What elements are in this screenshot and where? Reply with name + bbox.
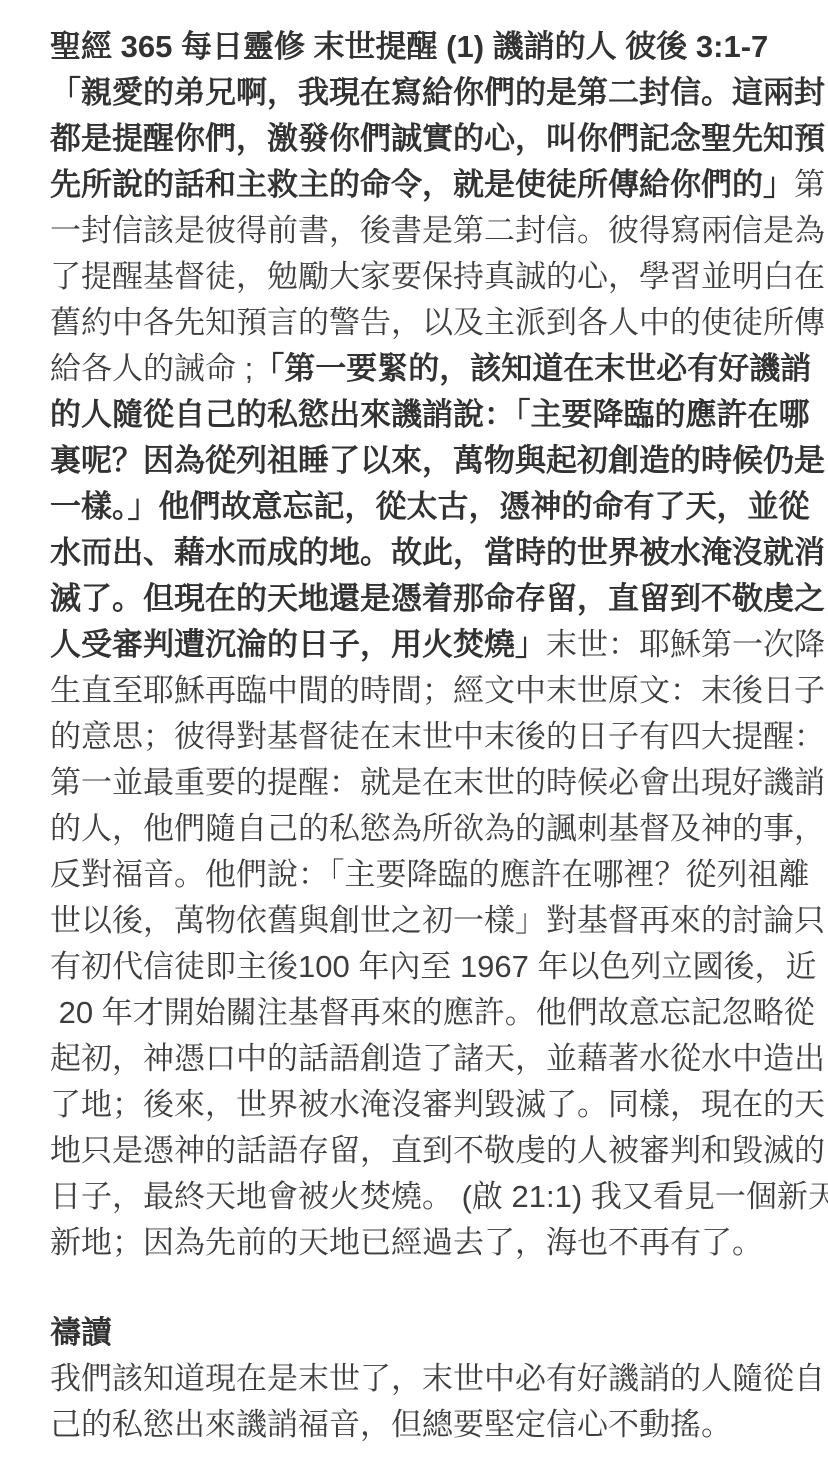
- text-line: 的人，他們隨自己的私慾為所欲為的諷刺基督及神的事，: [50, 806, 794, 852]
- text-run: 的人隨從自己的私慾出來譏誚說：「主要降臨的應許在哪: [50, 397, 810, 432]
- text-line: 一封信該是彼得前書，後書是第二封信。彼得寫兩信是為: [50, 208, 794, 254]
- text-run: 了地；後來，世界被水淹沒審判毀滅了。同樣，現在的天: [50, 1087, 825, 1122]
- text-line: 人受審判遭沉淪的日子，用火焚燒」末世：耶穌第一次降: [50, 622, 794, 668]
- prayer-section: 禱讀 我們該知道現在是末世了，末世中必有好譏誚的人隨從自己的私慾出來譏誚福音，但…: [50, 1310, 794, 1448]
- text-run: 的人，他們隨自己的私慾為所欲為的諷刺基督及神的事，: [50, 811, 825, 846]
- text-line: 我們該知道現在是末世了，末世中必有好譏誚的人隨從自: [50, 1356, 794, 1402]
- prayer-body: 我們該知道現在是末世了，末世中必有好譏誚的人隨從自己的私慾出來譏誚福音，但總要堅…: [50, 1356, 794, 1448]
- text-line: 先所說的話和主救主的命令，就是使徒所傳給你們的」第: [50, 162, 794, 208]
- text-line: 第一並最重要的提醒：就是在末世的時候必會出現好譏誚: [50, 760, 794, 806]
- text-run: 的意思；彼得對基督徒在末世中末後的日子有四大提醒：: [50, 719, 825, 754]
- text-line: 有初代信徒即主後100 年內至 1967 年以色列立國後，近: [50, 944, 794, 990]
- text-line: 水而出、藉水而成的地。故此，當時的世界被水淹沒就消: [50, 530, 794, 576]
- document-title: 聖經 365 每日靈修 末世提醒 (1) 譏誚的人 彼後 3:1-7: [50, 24, 794, 70]
- text-run: 一封信該是彼得前書，後書是第二封信。彼得寫兩信是為: [50, 213, 825, 248]
- text-line: 起初，神憑口中的話語創造了諸天，並藉著水從水中造出: [50, 1036, 794, 1082]
- text-run: 給各人的誡命 ;: [50, 351, 253, 386]
- text-run: 己的私慾出來譏誚福音，但總要堅定信心不動搖。: [50, 1407, 732, 1442]
- text-run: 水而出、藉水而成的地。故此，當時的世界被水淹沒就消: [50, 535, 825, 570]
- text-line: 日子，最終天地會被火焚燒。 (啟 21:1) 我又看見一個新天: [50, 1174, 794, 1220]
- text-line: 了提醒基督徒，勉勵大家要保持真誠的心，學習並明白在: [50, 254, 794, 300]
- text-run: 第一並最重要的提醒：就是在末世的時候必會出現好譏誚: [50, 765, 825, 800]
- text-run: 20 年才開始關注基督再來的應許。他們故意忘記忽略從: [50, 995, 815, 1030]
- text-run: 滅了。但現在的天地還是憑着那命存留，直留到不敬虔之: [50, 581, 825, 616]
- text-run: 都是提醒你們，激發你們誠實的心，叫你們記念聖先知預: [50, 121, 825, 156]
- text-run: 了提醒基督徒，勉勵大家要保持真誠的心，學習並明白在: [50, 259, 825, 294]
- text-line: 了地；後來，世界被水淹沒審判毀滅了。同樣，現在的天: [50, 1082, 794, 1128]
- text-line: 舊約中各先知預言的警告，以及主派到各人中的使徒所傳: [50, 300, 794, 346]
- prayer-heading: 禱讀: [50, 1310, 794, 1356]
- text-line: 裏呢？因為從列祖睡了以來，萬物與起初創造的時候仍是: [50, 438, 794, 484]
- text-line: 世以後，萬物依舊與創世之初一樣」對基督再來的討論只: [50, 898, 794, 944]
- text-run: 日子，最終天地會被火焚燒。 (啟 21:1) 我又看見一個新天: [50, 1179, 828, 1214]
- text-run: 「親愛的弟兄啊，我現在寫給你們的是第二封信。這兩封: [50, 75, 825, 110]
- text-run: 「第一要緊的，該知道在末世必有好譏誚: [253, 351, 811, 386]
- text-line: 都是提醒你們，激發你們誠實的心，叫你們記念聖先知預: [50, 116, 794, 162]
- text-run: 生直至耶穌再臨中間的時間；經文中末世原文：末後日子: [50, 673, 825, 708]
- text-line: 「親愛的弟兄啊，我現在寫給你們的是第二封信。這兩封: [50, 70, 794, 116]
- text-run: 新地；因為先前的天地已經過去了，海也不再有了。: [50, 1225, 763, 1260]
- text-run: 舊約中各先知預言的警告，以及主派到各人中的使徒所傳: [50, 305, 825, 340]
- text-run: 一樣。」他們故意忘記，從太古，憑神的命有了天，並從: [50, 489, 810, 524]
- text-line: 新地；因為先前的天地已經過去了，海也不再有了。: [50, 1220, 794, 1266]
- text-line: 地只是憑神的話語存留，直到不敬虔的人被審判和毀滅的: [50, 1128, 794, 1174]
- text-run: 裏呢？因為從列祖睡了以來，萬物與起初創造的時候仍是: [50, 443, 825, 478]
- text-line: 反對福音。他們說：「主要降臨的應許在哪裡？從列祖離: [50, 852, 794, 898]
- text-run: 起初，神憑口中的話語創造了諸天，並藉著水從水中造出: [50, 1041, 825, 1076]
- text-run: 人受審判遭沉淪的日子，用火焚燒」: [50, 627, 546, 662]
- text-run: 第: [794, 167, 825, 202]
- text-line: 一樣。」他們故意忘記，從太古，憑神的命有了天，並從: [50, 484, 794, 530]
- text-line: 滅了。但現在的天地還是憑着那命存留，直留到不敬虔之: [50, 576, 794, 622]
- text-run: 我們該知道現在是末世了，末世中必有好譏誚的人隨從自: [50, 1361, 825, 1396]
- text-run: 先所說的話和主救主的命令，就是使徒所傳給你們的」: [50, 167, 794, 202]
- document-page: 聖經 365 每日靈修 末世提醒 (1) 譏誚的人 彼後 3:1-7 「親愛的弟…: [0, 0, 828, 1471]
- text-line: 給各人的誡命 ;「第一要緊的，該知道在末世必有好譏誚: [50, 346, 794, 392]
- text-line: 己的私慾出來譏誚福音，但總要堅定信心不動搖。: [50, 1402, 794, 1448]
- text-run: 地只是憑神的話語存留，直到不敬虔的人被審判和毀滅的: [50, 1133, 825, 1168]
- document-body: 「親愛的弟兄啊，我現在寫給你們的是第二封信。這兩封都是提醒你們，激發你們誠實的心…: [50, 70, 794, 1266]
- text-run: 有初代信徒即主後100 年內至 1967 年以色列立國後，近: [50, 949, 817, 984]
- text-line: 的意思；彼得對基督徒在末世中末後的日子有四大提醒：: [50, 714, 794, 760]
- text-line: 的人隨從自己的私慾出來譏誚說：「主要降臨的應許在哪: [50, 392, 794, 438]
- text-line: 生直至耶穌再臨中間的時間；經文中末世原文：末後日子: [50, 668, 794, 714]
- text-line: 20 年才開始關注基督再來的應許。他們故意忘記忽略從: [50, 990, 794, 1036]
- text-run: 末世：耶穌第一次降: [546, 627, 825, 662]
- text-run: 世以後，萬物依舊與創世之初一樣」對基督再來的討論只: [50, 903, 825, 938]
- text-run: 反對福音。他們說：「主要降臨的應許在哪裡？從列祖離: [50, 857, 810, 892]
